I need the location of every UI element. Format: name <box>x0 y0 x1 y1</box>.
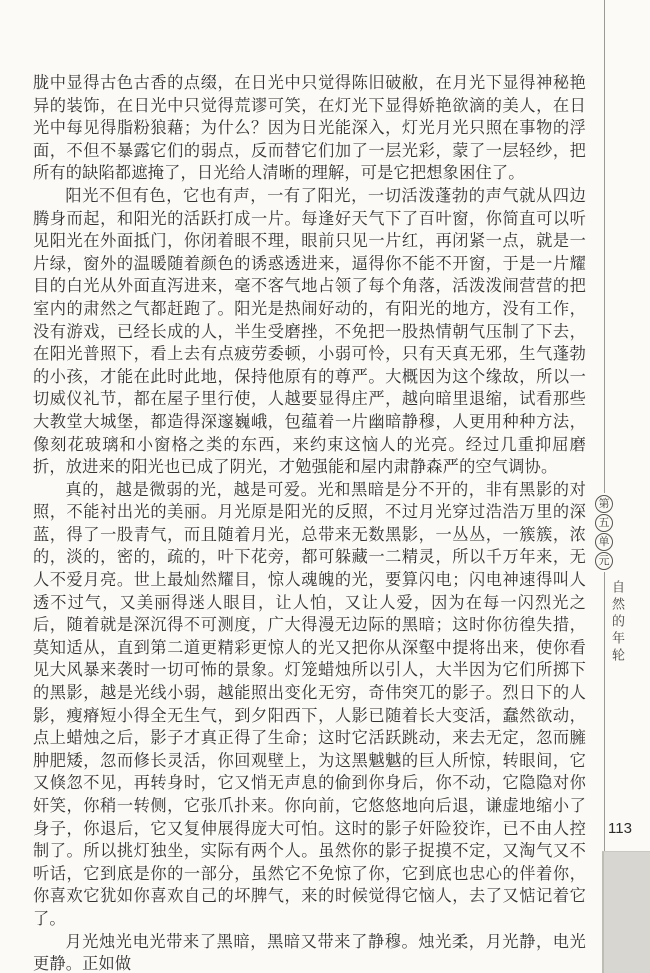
unit-number-badge: 第 五 单 元 <box>595 493 613 572</box>
book-page: 胧中显得古色古香的点缀，在日光中只觉得陈旧破敝，在月光下显得神秘艳异的装饰，在日… <box>0 0 650 973</box>
unit-badge-char: 元 <box>595 552 613 570</box>
margin-divider-rule <box>604 0 605 851</box>
unit-badge-char: 五 <box>595 514 613 532</box>
page-edge-tab <box>602 851 650 973</box>
essay-paragraph-continuation: 胧中显得古色古香的点缀，在日光中只觉得陈旧破敝，在月光下显得神秘艳异的装饰，在日… <box>33 72 586 185</box>
essay-paragraph: 月光烛光电光带来了黑暗，黑暗又带来了静穆。烛光柔，月光静，电光更静。正如做 <box>33 931 586 973</box>
essay-text-column: 胧中显得古色古香的点缀，在日光中只觉得陈旧破敝，在月光下显得神秘艳异的装饰，在日… <box>33 72 586 973</box>
essay-paragraph: 阳光不但有色，它也有声，一有了阳光，一切活泼蓬勃的声气就从四边腾身而起，和阳光的… <box>33 185 586 479</box>
unit-badge-char: 第 <box>595 495 613 513</box>
essay-paragraph: 真的，越是微弱的光，越是可爱。光和黑暗是分不开的，非有黑影的对照，不能衬出光的美… <box>33 479 586 931</box>
unit-badge-char: 单 <box>595 533 613 551</box>
unit-title-vertical: 自然的年轮 <box>608 580 627 670</box>
page-number: 113 <box>608 820 632 837</box>
